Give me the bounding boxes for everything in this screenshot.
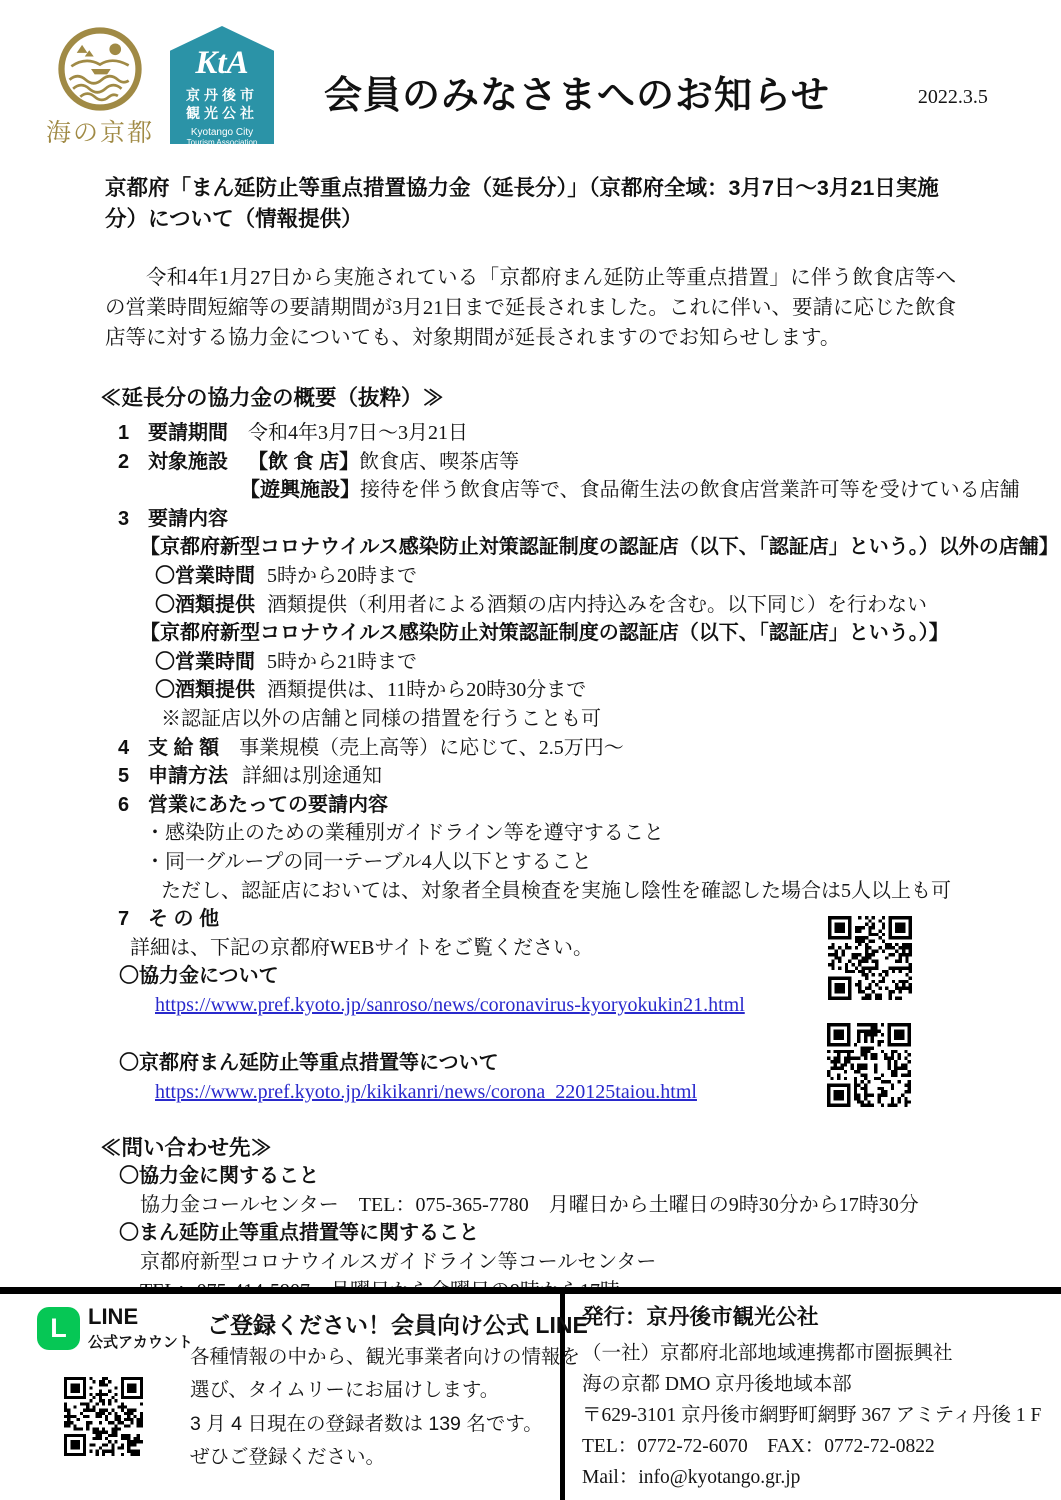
overview-item-3: 3要請内容 <box>118 505 1061 534</box>
umi-no-kyoto-logo-text: 海の京都 <box>44 113 156 149</box>
intro-paragraph: 令和4年1月27日から実施されている「京都府まん延防止等重点措置」に伴う飲食店等… <box>105 263 956 353</box>
line-description-line4: ぜひご登録ください。 <box>190 1441 580 1474</box>
item-value: 事業規模（売上高等）に応じて、2.5万円～ <box>239 737 624 759</box>
item-value: 令和4年3月7日～3月21日 <box>248 422 468 444</box>
link1-row: https://www.pref.kyoto.jp/sanroso/news/c… <box>155 991 1061 1020</box>
kta-name-line1: 京丹後市 <box>170 86 274 104</box>
item-number: 6 <box>118 791 148 820</box>
contact-item2-heading: 〇まん延防止等重点措置等に関すること <box>119 1219 1061 1248</box>
overview-item-2: 2対象施設【飲 食 店】飲食店、喫茶店等 <box>118 448 1061 477</box>
hours-label: 〇営業時間 <box>155 651 255 673</box>
kta-en-line2: Tourism Association <box>170 138 274 148</box>
line-description-line1: 各種情報の中から、観光事業者向けの情報を <box>190 1341 580 1374</box>
kta-en-line1: Kyotango City <box>170 127 274 138</box>
overview-item-2-line2: 【遊興施設】接待を伴う飲食店等で、食品衛生法の飲食店営業許可等を受けている店舗 <box>240 476 1061 505</box>
link1-heading: 〇協力金について <box>119 962 1061 991</box>
contact-section-heading: ≪問い合わせ先≫ <box>100 1134 1061 1163</box>
kyoryokukin-link[interactable]: https://www.pref.kyoto.jp/sanroso/news/c… <box>155 994 745 1016</box>
umi-no-kyoto-emblem-icon <box>55 26 145 112</box>
item-label: そ の 他 <box>148 908 219 930</box>
noncert-hours-row: 〇営業時間5時から20時まで <box>155 562 1061 591</box>
page-title: 会員のみなさまへのお知らせ <box>324 64 830 119</box>
cert-hours-row: 〇営業時間5時から21時まで <box>155 648 1061 677</box>
umi-no-kyoto-logo: 海の京都 <box>44 26 156 149</box>
contact-heading-label: 〇まん延防止等重点措置等に関すること <box>119 1222 479 1244</box>
item-value: 詳細は別途通知 <box>242 765 382 787</box>
item-label: 要請期間 <box>148 422 228 444</box>
footer-line-section: L LINE 公式アカウント ご登録ください！会員向け公式 LINE 各種情報の… <box>0 1294 565 1500</box>
document-footer: L LINE 公式アカウント ご登録ください！会員向け公式 LINE 各種情報の… <box>0 1287 1061 1500</box>
notice-title: 京都府「まん延防止等重点措置協力金（延長分）」（京都府全域：3月7日～3月21日… <box>105 173 961 235</box>
cert-alcohol-row: 〇酒類提供酒類提供は、11時から20時30分まで <box>155 676 1061 705</box>
manen-boushi-link[interactable]: https://www.pref.kyoto.jp/kikikanri/news… <box>155 1081 697 1103</box>
qr-code-kyoryokukin <box>828 916 912 1000</box>
link2-heading: 〇京都府まん延防止等重点措置等について <box>119 1049 1061 1078</box>
footer-publisher-section: 発行：京丹後市観光公社 （一社）京都府北部地域連携都市圏振興社 海の京都 DMO… <box>565 1294 1061 1500</box>
contact-item1-detail: 協力金コールセンター TEL：075-365-7780 月曜日から土曜日の9時3… <box>140 1191 1061 1220</box>
publisher-details: （一社）京都府北部地域連携都市圏振興社 海の京都 DMO 京丹後地域本部 〒62… <box>582 1338 1061 1493</box>
alcohol-label: 〇酒類提供 <box>155 594 255 616</box>
contact-item2-line1: 京都府新型コロナウイルスガイドライン等コールセンター <box>140 1248 1061 1277</box>
facility-value-restaurant: 飲食店、喫茶店等 <box>359 451 519 473</box>
hours-value: 5時から21時まで <box>267 651 417 673</box>
item-label: 要請内容 <box>148 508 228 530</box>
line-description: 各種情報の中から、観光事業者向けの情報を 選び、タイムリーにお届けします。 3 … <box>190 1341 580 1475</box>
qr-code-manen-boushi <box>827 1023 911 1107</box>
item-number: 1 <box>118 419 148 448</box>
link-heading-label: 〇京都府まん延防止等重点措置等について <box>119 1052 499 1074</box>
alcohol-value: 酒類提供は、11時から20時30分まで <box>267 679 586 701</box>
overview-item-1: 1要請期間令和4年3月7日～3月21日 <box>118 419 1061 448</box>
alcohol-value: 酒類提供（利用者による酒類の店内持込みを含む。以下同じ）を行わない <box>267 594 927 616</box>
bracket-heading: 【京都府新型コロナウイルス感染防止対策認証制度の認証店（以下、「認証店」という。… <box>140 622 949 644</box>
item6-point-1: ・感染防止のための業種別ガイドライン等を遵守すること <box>145 819 1061 848</box>
overview-item-7: 7そ の 他 <box>118 905 1061 934</box>
hours-label: 〇営業時間 <box>155 565 255 587</box>
noncert-alcohol-row: 〇酒類提供酒類提供（利用者による酒類の店内持込みを含む。以下同じ）を行わない <box>155 591 1061 620</box>
notice-document-page: 海の京都 KtA 京丹後市 観光公社 Kyotango City Tourism… <box>0 0 1061 1500</box>
line-brand-text: LINE <box>88 1305 138 1329</box>
link2-row: https://www.pref.kyoto.jp/kikikanri/news… <box>155 1078 1061 1107</box>
cert-note: ※認証店以外の店舗と同様の措置を行うことも可 <box>161 705 1061 734</box>
overview-item-4: 4支 給 額事業規模（売上高等）に応じて、2.5万円～ <box>118 734 1061 763</box>
kta-name-line2: 観光公社 <box>170 104 274 122</box>
publisher-tel-fax: TEL：0772-72-6070 FAX：0772-72-0822 <box>582 1431 1061 1462</box>
item6-note: ただし、認証店においては、対象者全員検査を実施し陰性を確認した場合は5人以上も可 <box>161 877 1061 906</box>
line-description-line3: 3 月 4 日現在の登録者数は 139 名です。 <box>190 1408 580 1441</box>
contact-heading-label: 〇協力金に関すること <box>119 1165 319 1187</box>
noncertified-shops-heading: 【京都府新型コロナウイルス感染防止対策認証制度の認証店（以下、「認証店」という。… <box>140 533 1061 562</box>
item-number: 2 <box>118 448 148 477</box>
overview-item-6: 6営業にあたっての要請内容 <box>118 791 1061 820</box>
alcohol-label: 〇酒類提供 <box>155 679 255 701</box>
line-register-headline: ご登録ください！会員向け公式 LINE <box>207 1307 588 1340</box>
item-label: 営業にあたっての要請内容 <box>148 794 388 816</box>
qr-code-line <box>64 1377 143 1456</box>
bracket-heading: 【京都府新型コロナウイルス感染防止対策認証制度の認証店（以下、「認証店」という。… <box>140 536 1059 558</box>
kta-logo: KtA 京丹後市 観光公社 Kyotango City Tourism Asso… <box>170 26 274 144</box>
item-number: 7 <box>118 905 148 934</box>
facility-tag-entertainment: 【遊興施設】 <box>240 479 360 501</box>
item-number: 3 <box>118 505 148 534</box>
certified-shops-heading: 【京都府新型コロナウイルス感染防止対策認証制度の認証店（以下、「認証店」という。… <box>140 619 1061 648</box>
line-description-line2: 選び、タイムリーにお届けします。 <box>190 1374 580 1407</box>
publisher-address: 〒629-3101 京丹後市網野町網野 367 アミティ丹後 1 F <box>582 1400 1061 1431</box>
facility-tag-restaurant: 【飲 食 店】 <box>248 451 359 473</box>
item-number: 4 <box>118 734 148 763</box>
document-header: 海の京都 KtA 京丹後市 観光公社 Kyotango City Tourism… <box>0 0 1061 149</box>
publisher-org-line1: （一社）京都府北部地域連携都市圏振興社 <box>582 1338 1061 1369</box>
publisher-name: 発行：京丹後市観光公社 <box>582 1302 1061 1332</box>
kta-monogram: KtA <box>170 48 274 78</box>
item7-intro: 詳細は、下記の京都府WEBサイトをご覧ください。 <box>130 934 1061 963</box>
item-label: 対象施設 <box>148 451 228 473</box>
item6-point-2: ・同一グループの同一テーブル4人以下とすること <box>145 848 1061 877</box>
hours-value: 5時から20時まで <box>267 565 417 587</box>
issue-date: 2022.3.5 <box>918 86 988 109</box>
contact-item1-heading: 〇協力金に関すること <box>119 1162 1061 1191</box>
facility-value-entertainment: 接待を伴う飲食店等で、食品衛生法の飲食店営業許可等を受けている店舗 <box>360 479 1020 501</box>
publisher-mail: Mail：info@kyotango.gr.jp <box>582 1462 1061 1493</box>
line-logo-icon: L <box>37 1307 80 1350</box>
item-number: 5 <box>118 762 148 791</box>
line-brand-subtext: 公式アカウント <box>88 1331 193 1352</box>
overview-item-5: 5申請方法詳細は別途通知 <box>118 762 1061 791</box>
item-label: 申請方法 <box>148 765 228 787</box>
publisher-org-line2: 海の京都 DMO 京丹後地域本部 <box>582 1369 1061 1400</box>
item-label: 支 給 額 <box>148 737 219 759</box>
overview-section-heading: ≪延長分の協力金の概要（抜粋）≫ <box>100 384 1061 413</box>
link-heading-label: 〇協力金について <box>119 965 279 987</box>
